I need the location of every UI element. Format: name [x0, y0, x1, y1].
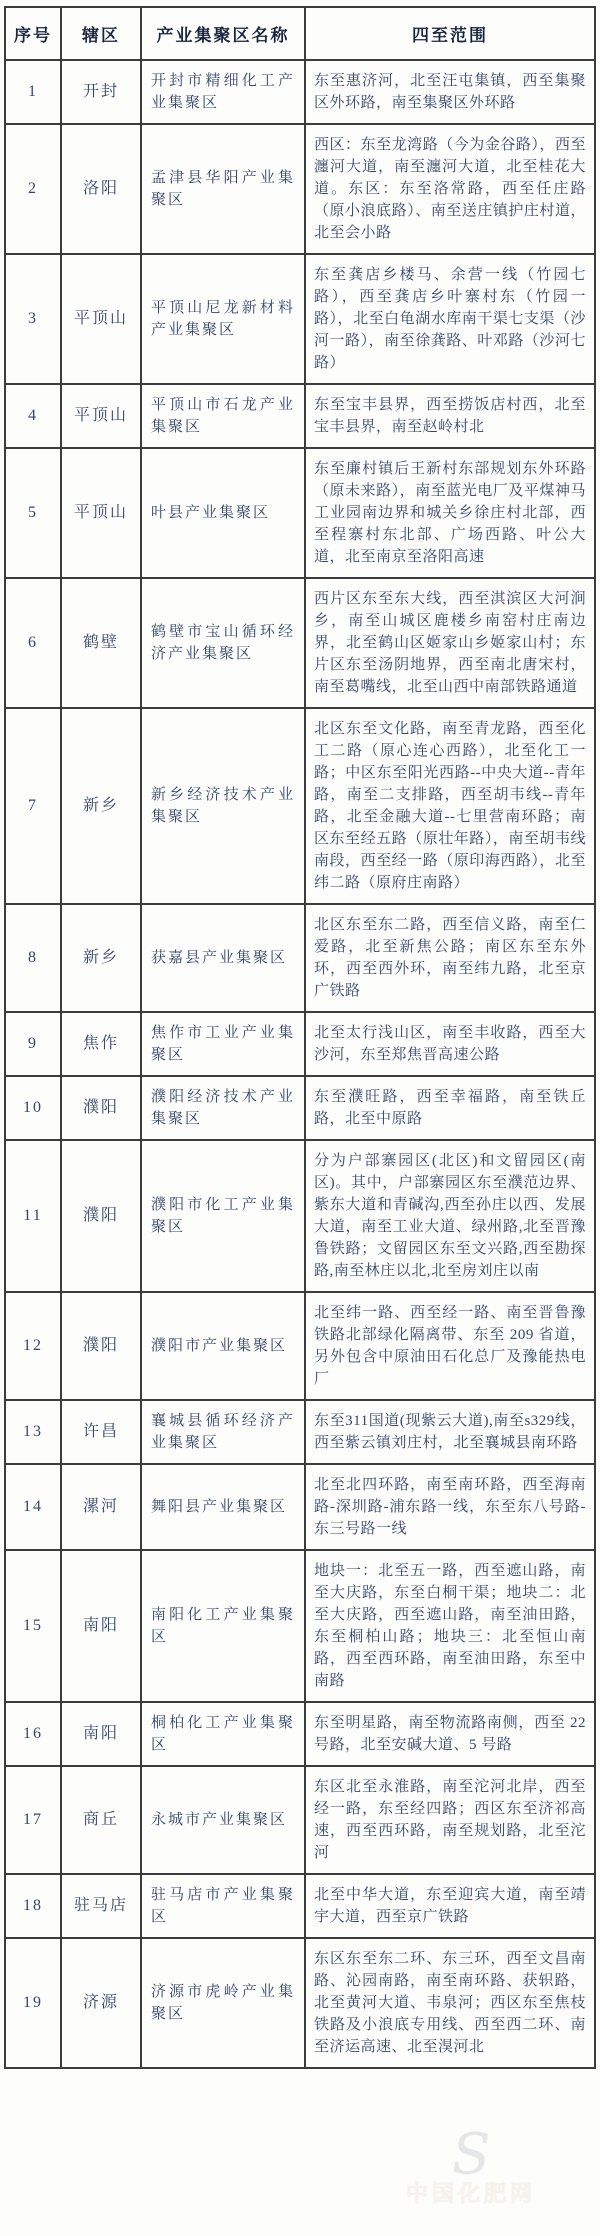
cluster-name-cell: 叶县产业集聚区	[141, 448, 305, 578]
boundary-range-cell: 西片区东至东大线，西至淇滨区大河涧乡，南至山城区鹿楼乡南窑村庄南边界，北至鹤山区…	[305, 578, 595, 708]
row-number-cell: 13	[5, 1400, 61, 1464]
table-row: 11濮阳濮阳市化工产业集聚区分为户部寨园区(北区)和文留园区(南区)。其中，户部…	[5, 1140, 595, 1292]
boundary-range-cell: 东区东至东二环、东三环，西至文昌南路、沁园南路，南至南环路、获轵路，北至黄河大道…	[305, 1938, 595, 2068]
boundary-range-cell: 东至明星路，南至物流路南侧，西至 22 号路，北至安碱大道、5 号路	[305, 1702, 595, 1766]
header-district: 辖区	[61, 7, 141, 60]
boundary-range-cell: 东至宝丰县界，西至捞饭店村西，北至宝丰县界，南至赵岭村北	[305, 384, 595, 448]
table-row: 8新乡获嘉县产业集聚区北区东至东二路，西至信义路，南至仁爱路，北至新焦公路；南区…	[5, 904, 595, 1012]
row-number-cell: 3	[5, 254, 61, 384]
row-number-cell: 15	[5, 1550, 61, 1702]
district-cell: 焦作	[61, 1012, 141, 1076]
row-number-cell: 14	[5, 1464, 61, 1550]
industry-cluster-table: 序号 辖区 产业集聚区名称 四至范围 1开封开封市精细化工产业集聚区东至惠济河，…	[4, 6, 596, 2069]
district-cell: 新乡	[61, 708, 141, 904]
boundary-range-cell: 北至中华大道，东至迎宾大道，南至靖宇大道，西至京广铁路	[305, 1874, 595, 1938]
cluster-name-cell: 开封市精细化工产业集聚区	[141, 60, 305, 124]
table-row: 14漯河舞阳县产业集聚区北至北四环路，南至南环路，西至海南路-深圳路-浦东路一线…	[5, 1464, 595, 1550]
table-body: 1开封开封市精细化工产业集聚区东至惠济河，北至汪屯集镇，西至集聚区外环路，南至集…	[5, 60, 595, 2068]
district-cell: 洛阳	[61, 124, 141, 254]
district-cell: 驻马店	[61, 1874, 141, 1938]
row-number-cell: 10	[5, 1076, 61, 1140]
table-row: 12濮阳濮阳市产业集聚区北至纬一路、西至经一路、南至晋鲁豫铁路北部绿化隔离带、东…	[5, 1292, 595, 1400]
cluster-name-cell: 新乡经济技术产业集聚区	[141, 708, 305, 904]
cluster-name-cell: 濮阳市产业集聚区	[141, 1292, 305, 1400]
table-row: 9焦作焦作市工业产业集聚区北至太行浅山区，南至丰收路，西至大沙河，东至郑焦晋高速…	[5, 1012, 595, 1076]
district-cell: 漯河	[61, 1464, 141, 1550]
boundary-range-cell: 东至廉村镇后王新村东部规划东外环路（原未来路），南至蓝光电厂及平煤神马工业园南边…	[305, 448, 595, 578]
row-number-cell: 2	[5, 124, 61, 254]
table-row: 19济源济源市虎岭产业集聚区东区东至东二环、东三环，西至文昌南路、沁园南路，南至…	[5, 1938, 595, 2068]
row-number-cell: 6	[5, 578, 61, 708]
boundary-range-cell: 北区东至东二路，西至信义路，南至仁爱路，北至新焦公路；南区东至东外环，西至西外环…	[305, 904, 595, 1012]
table-row: 5平顶山叶县产业集聚区东至廉村镇后王新村东部规划东外环路（原未来路），南至蓝光电…	[5, 448, 595, 578]
cluster-name-cell: 孟津县华阳产业集聚区	[141, 124, 305, 254]
boundary-range-cell: 东至311国道(现紫云大道),南至s329线，西至紫云镇刘庄村，北至襄城县南环路	[305, 1400, 595, 1464]
table-row: 1开封开封市精细化工产业集聚区东至惠济河，北至汪屯集镇，西至集聚区外环路，南至集…	[5, 60, 595, 124]
table-row: 7新乡新乡经济技术产业集聚区北区东至文化路，南至青龙路，西至化工二路（原心连心西…	[5, 708, 595, 904]
table-row: 6鹤壁鹤壁市宝山循环经济产业集聚区西片区东至东大线，西至淇滨区大河涧乡，南至山城…	[5, 578, 595, 708]
boundary-range-cell: 地块一：北至五一路，西至遮山路，南至大庆路，东至白桐干渠；地块二：北至大庆路，西…	[305, 1550, 595, 1702]
row-number-cell: 8	[5, 904, 61, 1012]
boundary-range-cell: 北至纬一路、西至经一路、南至晋鲁豫铁路北部绿化隔离带、东至 209 省道，另外包…	[305, 1292, 595, 1400]
boundary-range-cell: 东至濮旺路，西至幸福路，南至铁丘路，北至中原路	[305, 1076, 595, 1140]
district-cell: 鹤壁	[61, 578, 141, 708]
boundary-range-cell: 北区东至文化路，南至青龙路，西至化工二路（原心连心西路），北至化工一路；中区东至…	[305, 708, 595, 904]
watermark-label: 中国化肥网	[356, 2177, 586, 2208]
district-cell: 商丘	[61, 1766, 141, 1874]
cluster-name-cell: 平顶山市石龙产业集聚区	[141, 384, 305, 448]
table-row: 2洛阳孟津县华阳产业集聚区西区：东至龙湾路（今为金谷路），西至瀍河大道，南至瀍河…	[5, 124, 595, 254]
cluster-name-cell: 桐柏化工产业集聚区	[141, 1702, 305, 1766]
row-number-cell: 1	[5, 60, 61, 124]
district-cell: 平顶山	[61, 254, 141, 384]
district-cell: 平顶山	[61, 384, 141, 448]
table-row: 13许昌襄城县循环经济产业集聚区东至311国道(现紫云大道),南至s329线，西…	[5, 1400, 595, 1464]
cluster-name-cell: 济源市虎岭产业集聚区	[141, 1938, 305, 2068]
table-row: 15南阳南阳化工产业集聚区地块一：北至五一路，西至遮山路，南至大庆路，东至白桐干…	[5, 1550, 595, 1702]
cluster-name-cell: 襄城县循环经济产业集聚区	[141, 1400, 305, 1464]
boundary-range-cell: 西区：东至龙湾路（今为金谷路），西至瀍河大道，南至瀍河大道，北至桂花大道。东区：…	[305, 124, 595, 254]
cluster-name-cell: 舞阳县产业集聚区	[141, 1464, 305, 1550]
boundary-range-cell: 东至惠济河，北至汪屯集镇，西至集聚区外环路，南至集聚区外环路	[305, 60, 595, 124]
district-cell: 濮阳	[61, 1292, 141, 1400]
row-number-cell: 9	[5, 1012, 61, 1076]
district-cell: 濮阳	[61, 1140, 141, 1292]
boundary-range-cell: 东区北至永淮路，南至沱河北岸，西至经一路，东至经四路；西区东至济祁高速，西至西环…	[305, 1766, 595, 1874]
boundary-range-cell: 北至北四环路，南至南环路，西至海南路-深圳路-浦东路一线，东至东八号路-东三号路…	[305, 1464, 595, 1550]
table-row: 18驻马店驻马店市产业集聚区北至中华大道，东至迎宾大道，南至靖宇大道，西至京广铁…	[5, 1874, 595, 1938]
boundary-range-cell: 分为户部寨园区(北区)和文留园区(南区)。其中，户部寨园区东至濮范边界、紫东大道…	[305, 1140, 595, 1292]
cluster-name-cell: 获嘉县产业集聚区	[141, 904, 305, 1012]
district-cell: 濮阳	[61, 1076, 141, 1140]
row-number-cell: 7	[5, 708, 61, 904]
header-row-number: 序号	[5, 7, 61, 60]
table-row: 4平顶山平顶山市石龙产业集聚区东至宝丰县界，西至捞饭店村西，北至宝丰县界，南至赵…	[5, 384, 595, 448]
header-boundary-range: 四至范围	[305, 7, 595, 60]
district-cell: 济源	[61, 1938, 141, 2068]
header-cluster-name: 产业集聚区名称	[141, 7, 305, 60]
table-row: 3平顶山平顶山尼龙新材料产业集聚区东至龚店乡楼马、余营一线（竹园七路），西至龚店…	[5, 254, 595, 384]
cluster-name-cell: 焦作市工业产业集聚区	[141, 1012, 305, 1076]
table-row: 16南阳桐柏化工产业集聚区东至明星路，南至物流路南侧，西至 22 号路，北至安碱…	[5, 1702, 595, 1766]
district-cell: 许昌	[61, 1400, 141, 1464]
boundary-range-cell: 东至龚店乡楼马、余营一线（竹园七路），西至龚店乡叶寨村东（竹园一路），北至白龟湖…	[305, 254, 595, 384]
table-row: 10濮阳濮阳经济技术产业集聚区东至濮旺路，西至幸福路，南至铁丘路，北至中原路	[5, 1076, 595, 1140]
cluster-name-cell: 濮阳经济技术产业集聚区	[141, 1076, 305, 1140]
district-cell: 新乡	[61, 904, 141, 1012]
cluster-name-cell: 南阳化工产业集聚区	[141, 1550, 305, 1702]
district-cell: 开封	[61, 60, 141, 124]
row-number-cell: 17	[5, 1766, 61, 1874]
table-row: 17商丘永城市产业集聚区东区北至永淮路，南至沱河北岸，西至经一路，东至经四路；西…	[5, 1766, 595, 1874]
table-header-row: 序号 辖区 产业集聚区名称 四至范围	[5, 7, 595, 60]
cluster-name-cell: 平顶山尼龙新材料产业集聚区	[141, 254, 305, 384]
row-number-cell: 12	[5, 1292, 61, 1400]
row-number-cell: 11	[5, 1140, 61, 1292]
row-number-cell: 16	[5, 1702, 61, 1766]
row-number-cell: 19	[5, 1938, 61, 2068]
watermark-logo-icon: S	[356, 2135, 586, 2175]
boundary-range-cell: 北至太行浅山区，南至丰收路，西至大沙河，东至郑焦晋高速公路	[305, 1012, 595, 1076]
watermark: S 中国化肥网	[356, 2135, 586, 2208]
cluster-name-cell: 永城市产业集聚区	[141, 1766, 305, 1874]
district-cell: 南阳	[61, 1550, 141, 1702]
district-cell: 南阳	[61, 1702, 141, 1766]
row-number-cell: 4	[5, 384, 61, 448]
cluster-name-cell: 驻马店市产业集聚区	[141, 1874, 305, 1938]
district-cell: 平顶山	[61, 448, 141, 578]
row-number-cell: 18	[5, 1874, 61, 1938]
document-page: 序号 辖区 产业集聚区名称 四至范围 1开封开封市精细化工产业集聚区东至惠济河，…	[0, 0, 600, 2236]
row-number-cell: 5	[5, 448, 61, 578]
cluster-name-cell: 鹤壁市宝山循环经济产业集聚区	[141, 578, 305, 708]
cluster-name-cell: 濮阳市化工产业集聚区	[141, 1140, 305, 1292]
